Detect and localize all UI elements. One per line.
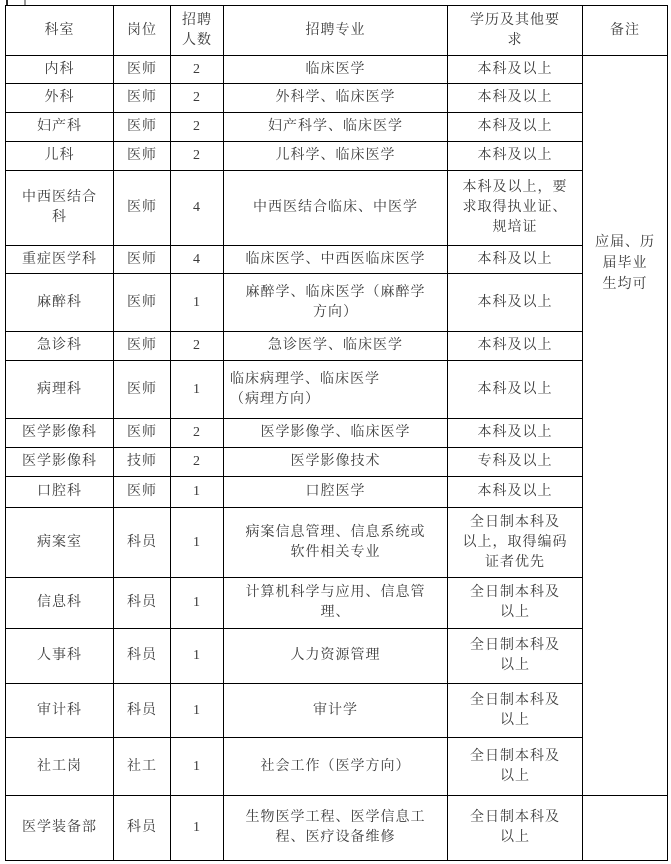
cell-dept: 麻醉科 bbox=[6, 274, 114, 332]
cell-requirement: 全日制本科及 以上 bbox=[448, 684, 583, 738]
cell-dept: 医学影像科 bbox=[6, 448, 114, 477]
cell-post: 医师 bbox=[114, 332, 171, 361]
cell-dept: 内科 bbox=[6, 56, 114, 84]
recruitment-table: 科室 岗位 招聘 人数 招聘专业 学历及其他要 求 备注 内科 医师 2 临床医… bbox=[5, 5, 668, 861]
note-text: 应届、历 届毕业 生均可 bbox=[586, 232, 664, 295]
cell-requirement: 全日制本科及 以上 bbox=[448, 738, 583, 796]
cell-post: 科员 bbox=[114, 578, 171, 629]
cell-major: 临床医学、中西医临床医学 bbox=[224, 246, 448, 274]
cell-post: 医师 bbox=[114, 142, 171, 171]
cell-major: 审计学 bbox=[224, 684, 448, 738]
table-row: 医学影像科 医师 2 医学影像学、临床医学 本科及以上 bbox=[6, 419, 668, 448]
cell-requirement: 本科及以上 bbox=[448, 477, 583, 508]
cell-requirement: 专科及以上 bbox=[448, 448, 583, 477]
cell-post: 医师 bbox=[114, 171, 171, 246]
cell-requirement: 全日制本科及 以上 bbox=[448, 578, 583, 629]
header-row: 科室 岗位 招聘 人数 招聘专业 学历及其他要 求 备注 bbox=[6, 6, 668, 56]
cell-post: 科员 bbox=[114, 508, 171, 578]
cell-post: 医师 bbox=[114, 361, 171, 419]
header-dept: 科室 bbox=[6, 6, 114, 56]
cell-requirement: 本科及以上 bbox=[448, 274, 583, 332]
table-row: 儿科 医师 2 儿科学、临床医学 本科及以上 bbox=[6, 142, 668, 171]
cell-major: 医学影像学、临床医学 bbox=[224, 419, 448, 448]
cell-count: 2 bbox=[171, 448, 224, 477]
cell-dept: 医学装备部 bbox=[6, 796, 114, 861]
cell-dept: 人事科 bbox=[6, 629, 114, 684]
cell-requirement: 本科及以上 bbox=[448, 332, 583, 361]
table-row: 医学装备部 科员 1 生物医学工程、医学信息工 程、医疗设备维修 全日制本科及 … bbox=[6, 796, 668, 861]
cell-requirement: 全日制本科及 以上 bbox=[448, 629, 583, 684]
table-row: 急诊科 医师 2 急诊医学、临床医学 本科及以上 bbox=[6, 332, 668, 361]
cell-dept: 信息科 bbox=[6, 578, 114, 629]
table-row: 重症医学科 医师 4 临床医学、中西医临床医学 本科及以上 bbox=[6, 246, 668, 274]
cell-requirement: 本科及以上 bbox=[448, 361, 583, 419]
cell-dept: 儿科 bbox=[6, 142, 114, 171]
cell-count: 1 bbox=[171, 361, 224, 419]
cell-requirement: 本科及以上 bbox=[448, 113, 583, 142]
cell-dept: 审计科 bbox=[6, 684, 114, 738]
cell-post: 科员 bbox=[114, 796, 171, 861]
cell-requirement: 本科及以上 bbox=[448, 419, 583, 448]
cell-major: 临床病理学、临床医学 （病理方向） bbox=[224, 361, 448, 419]
cell-major: 计算机科学与应用、信息管 理、 bbox=[224, 578, 448, 629]
cell-note-merged: 应届、历 届毕业 生均可 bbox=[583, 56, 668, 796]
cell-post: 社工 bbox=[114, 738, 171, 796]
cell-count: 1 bbox=[171, 578, 224, 629]
cell-requirement: 本科及以上，要 求取得执业证、 规培证 bbox=[448, 171, 583, 246]
table-row: 口腔科 医师 1 口腔医学 本科及以上 bbox=[6, 477, 668, 508]
cell-requirement: 全日制本科及 以上 bbox=[448, 796, 583, 861]
cell-dept: 社工岗 bbox=[6, 738, 114, 796]
cell-count: 1 bbox=[171, 738, 224, 796]
cell-dept: 妇产科 bbox=[6, 113, 114, 142]
cell-dept: 中西医结合 科 bbox=[6, 171, 114, 246]
cell-count: 1 bbox=[171, 684, 224, 738]
header-major: 招聘专业 bbox=[224, 6, 448, 56]
header-post: 岗位 bbox=[114, 6, 171, 56]
cell-count: 1 bbox=[171, 508, 224, 578]
cell-post: 医师 bbox=[114, 477, 171, 508]
table-row: 社工岗 社工 1 社会工作（医学方向） 全日制本科及 以上 bbox=[6, 738, 668, 796]
cell-requirement: 全日制本科及 以上，取得编码 证者优先 bbox=[448, 508, 583, 578]
cell-dept: 医学影像科 bbox=[6, 419, 114, 448]
cell-post: 医师 bbox=[114, 84, 171, 113]
cell-count: 2 bbox=[171, 56, 224, 84]
cell-count: 2 bbox=[171, 84, 224, 113]
cell-post: 科员 bbox=[114, 684, 171, 738]
table-row: 妇产科 医师 2 妇产科学、临床医学 本科及以上 bbox=[6, 113, 668, 142]
cell-post: 医师 bbox=[114, 56, 171, 84]
cell-major: 麻醉学、临床医学（麻醉学 方向） bbox=[224, 274, 448, 332]
table-row: 中西医结合 科 医师 4 中西医结合临床、中医学 本科及以上，要 求取得执业证、… bbox=[6, 171, 668, 246]
cell-requirement: 本科及以上 bbox=[448, 56, 583, 84]
cell-post: 科员 bbox=[114, 629, 171, 684]
cell-note bbox=[583, 796, 668, 861]
cell-major: 妇产科学、临床医学 bbox=[224, 113, 448, 142]
cell-major: 病案信息管理、信息系统或 软件相关专业 bbox=[224, 508, 448, 578]
cell-count: 2 bbox=[171, 332, 224, 361]
cell-major: 急诊医学、临床医学 bbox=[224, 332, 448, 361]
cell-post: 医师 bbox=[114, 246, 171, 274]
cell-dept: 重症医学科 bbox=[6, 246, 114, 274]
cell-dept: 外科 bbox=[6, 84, 114, 113]
cell-requirement: 本科及以上 bbox=[448, 84, 583, 113]
cell-major: 临床医学 bbox=[224, 56, 448, 84]
cell-count: 2 bbox=[171, 113, 224, 142]
cell-dept: 急诊科 bbox=[6, 332, 114, 361]
table-row: 信息科 科员 1 计算机科学与应用、信息管 理、 全日制本科及 以上 bbox=[6, 578, 668, 629]
cell-requirement: 本科及以上 bbox=[448, 142, 583, 171]
header-requirement: 学历及其他要 求 bbox=[448, 6, 583, 56]
table-row: 医学影像科 技师 2 医学影像技术 专科及以上 bbox=[6, 448, 668, 477]
table-row: 审计科 科员 1 审计学 全日制本科及 以上 bbox=[6, 684, 668, 738]
cell-major: 儿科学、临床医学 bbox=[224, 142, 448, 171]
cell-post: 医师 bbox=[114, 419, 171, 448]
cell-count: 1 bbox=[171, 477, 224, 508]
cell-count: 1 bbox=[171, 629, 224, 684]
table-row: 病理科 医师 1 临床病理学、临床医学 （病理方向） 本科及以上 bbox=[6, 361, 668, 419]
table-row: 病案室 科员 1 病案信息管理、信息系统或 软件相关专业 全日制本科及 以上，取… bbox=[6, 508, 668, 578]
table-row: 内科 医师 2 临床医学 本科及以上 应届、历 届毕业 生均可 bbox=[6, 56, 668, 84]
cell-count: 2 bbox=[171, 142, 224, 171]
cell-major: 生物医学工程、医学信息工 程、医疗设备维修 bbox=[224, 796, 448, 861]
cell-dept: 口腔科 bbox=[6, 477, 114, 508]
cell-count: 4 bbox=[171, 246, 224, 274]
cell-major: 社会工作（医学方向） bbox=[224, 738, 448, 796]
cell-count: 4 bbox=[171, 171, 224, 246]
header-note: 备注 bbox=[583, 6, 668, 56]
cell-dept: 病案室 bbox=[6, 508, 114, 578]
cell-major: 医学影像技术 bbox=[224, 448, 448, 477]
table-row: 外科 医师 2 外科学、临床医学 本科及以上 bbox=[6, 84, 668, 113]
cell-major: 中西医结合临床、中医学 bbox=[224, 171, 448, 246]
header-count: 招聘 人数 bbox=[171, 6, 224, 56]
cell-count: 1 bbox=[171, 796, 224, 861]
cell-post: 技师 bbox=[114, 448, 171, 477]
cell-count: 1 bbox=[171, 274, 224, 332]
table-row: 人事科 科员 1 人力资源管理 全日制本科及 以上 bbox=[6, 629, 668, 684]
recruitment-table-page: 科室 岗位 招聘 人数 招聘专业 学历及其他要 求 备注 内科 医师 2 临床医… bbox=[0, 0, 671, 864]
cell-dept: 病理科 bbox=[6, 361, 114, 419]
cell-post: 医师 bbox=[114, 113, 171, 142]
cell-requirement: 本科及以上 bbox=[448, 246, 583, 274]
cell-major: 外科学、临床医学 bbox=[224, 84, 448, 113]
cell-major: 口腔医学 bbox=[224, 477, 448, 508]
cell-major: 人力资源管理 bbox=[224, 629, 448, 684]
cell-count: 2 bbox=[171, 419, 224, 448]
table-row: 麻醉科 医师 1 麻醉学、临床医学（麻醉学 方向） 本科及以上 bbox=[6, 274, 668, 332]
cell-post: 医师 bbox=[114, 274, 171, 332]
